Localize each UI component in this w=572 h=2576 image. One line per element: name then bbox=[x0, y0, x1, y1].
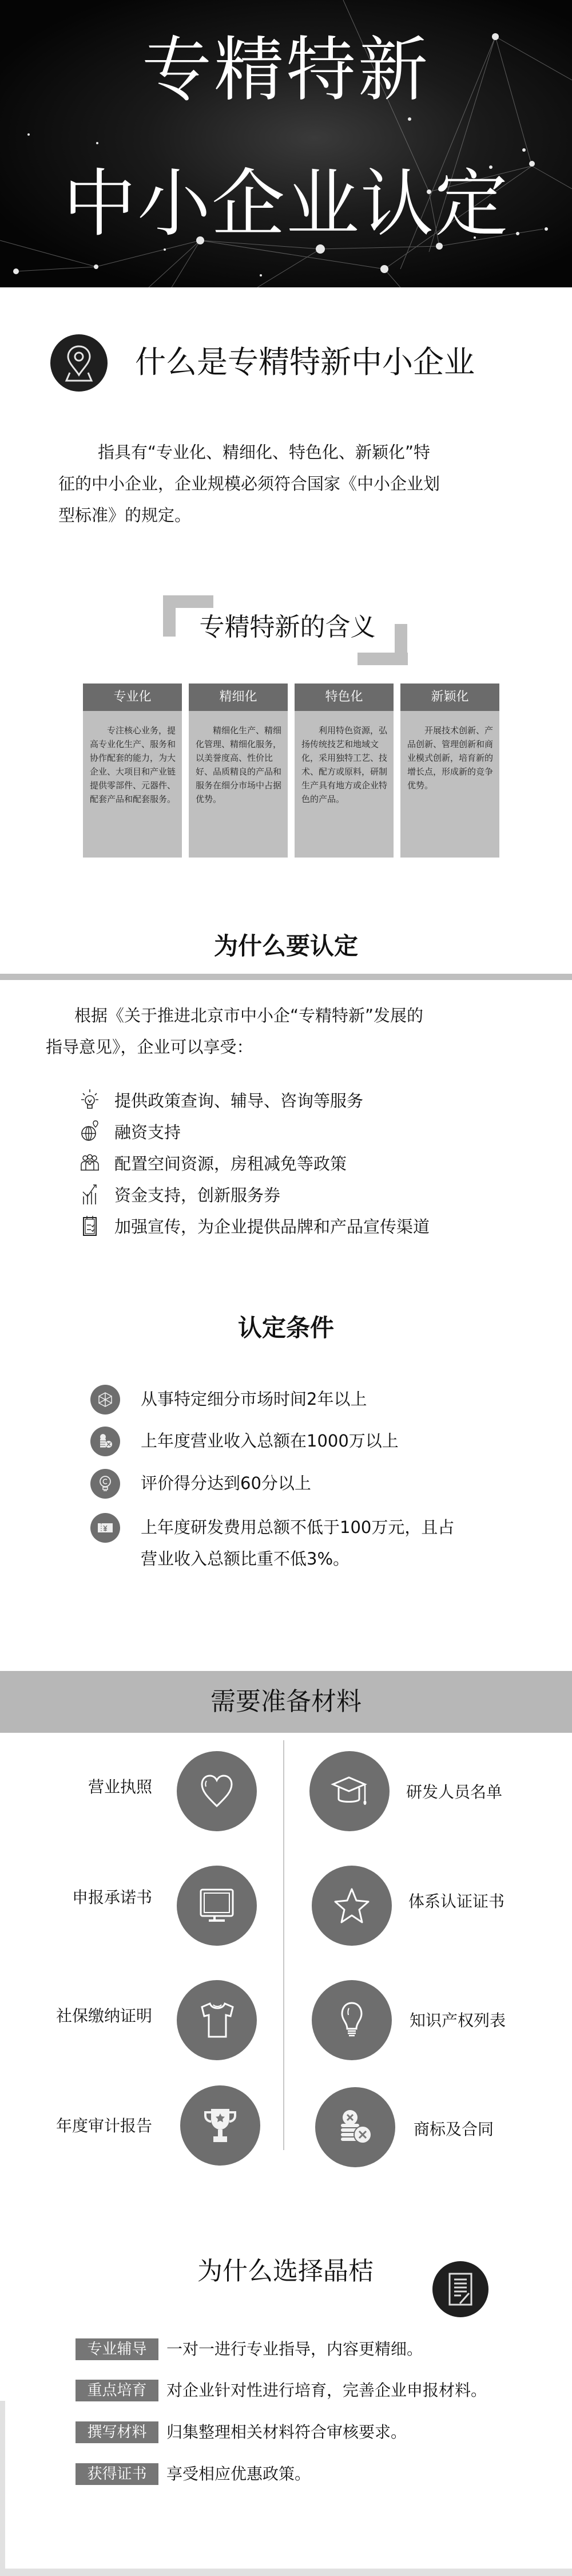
material-label: 体系认证证书 bbox=[408, 1890, 505, 1913]
condition-text: 上年度研发费用总额不低于100万元，且占 bbox=[141, 1512, 454, 1543]
meaning-title: 专精特新的含义 bbox=[189, 610, 386, 645]
cube-icon bbox=[90, 1385, 120, 1415]
advantage-row: 专业辅导 一对一进行专业指导，内容更精细。 bbox=[76, 2338, 423, 2360]
document-edit-icon bbox=[432, 2261, 488, 2317]
intro-paragraph-line2: 征的中小企业，企业规模必须符合国家《中小企业划 bbox=[58, 468, 440, 500]
benefit-text: 加强宣传，为企业提供品牌和产品宣传渠道 bbox=[114, 1214, 430, 1238]
graduation-cap-icon bbox=[309, 1751, 390, 1831]
section-title-what-is: 什么是专精特新中小企业 bbox=[135, 342, 475, 382]
condition-text: 从事特定细分市场时间2年以上 bbox=[141, 1384, 367, 1415]
advantage-text: 对企业针对性进行培育，完善企业申报材料。 bbox=[166, 2380, 487, 2401]
globe-pin-icon bbox=[80, 1120, 100, 1143]
material-label: 知识产权列表 bbox=[410, 2009, 506, 2032]
advantage-tag: 专业辅导 bbox=[76, 2338, 158, 2360]
meaning-card-innovative: 新颖化 开展技术创新、产品创新、管理创新和商业模式创新，培育新的增长点，形成新的… bbox=[400, 683, 499, 858]
trophy-icon bbox=[180, 2085, 260, 2166]
monitor-icon bbox=[177, 1866, 257, 1946]
card-title: 新颖化 bbox=[400, 683, 499, 711]
benefit-text: 融资支持 bbox=[114, 1120, 181, 1143]
condition-item: 上年度研发费用总额不低于100万元，且占 营业收入总额比重不低3%。 bbox=[90, 1512, 454, 1575]
material-label: 研发人员名单 bbox=[406, 1781, 502, 1804]
copyright-bulb-icon bbox=[90, 1469, 120, 1499]
heart-icon bbox=[177, 1751, 257, 1831]
why-paragraph-line1: 根据《关于推进北京市中小企“专精特新”发展的 bbox=[74, 1000, 423, 1032]
tshirt-icon bbox=[177, 1980, 257, 2060]
meaning-card-distinctive: 特色化 利用特色资源，弘扬传统技艺和地域文化，采用独特工艺、技术、配方或原料，研… bbox=[295, 683, 394, 858]
intro-paragraph-line1: 指具有“专业化、精细化、特色化、新颖化”特 bbox=[98, 437, 430, 468]
material-label: 社保缴纳证明 bbox=[3, 2005, 152, 2028]
card-title: 精细化 bbox=[189, 683, 288, 711]
bracket-decoration-bottom bbox=[357, 653, 408, 665]
intro-paragraph-line3: 型标准》的规定。 bbox=[58, 500, 191, 531]
section-title-why-choose: 为什么选择晶桔 bbox=[197, 2254, 374, 2289]
hero-title-line2: 中小企业认定 bbox=[0, 161, 572, 247]
bracket-decoration-left bbox=[163, 595, 176, 637]
benefit-text: 配置空间资源，房租减免等政策 bbox=[114, 1151, 347, 1175]
advantage-tag: 撰写材料 bbox=[76, 2421, 158, 2443]
card-text: 精细化生产、精细化管理、精细化服务，以美誉度高、性价比好、品质精良的产品和服务在… bbox=[189, 711, 288, 806]
meaning-card-refined: 精细化 精细化生产、精细化管理、精细化服务，以美誉度高、性价比好、品质精良的产品… bbox=[189, 683, 288, 858]
condition-item: 上年度营业收入总额在1000万以上 bbox=[90, 1425, 399, 1457]
section-title-conditions: 认定条件 bbox=[0, 1312, 572, 1344]
card-title: 特色化 bbox=[295, 683, 394, 711]
condition-item: 从事特定细分市场时间2年以上 bbox=[90, 1384, 367, 1415]
benefit-text: 资金支持，创新服务券 bbox=[114, 1183, 280, 1206]
lightbulb-icon bbox=[80, 1088, 100, 1111]
card-title: 专业化 bbox=[83, 683, 182, 711]
lightbulb-icon bbox=[312, 1980, 392, 2060]
frame-border-bottom bbox=[0, 2569, 572, 2576]
meaning-card-specialized: 专业化 专注核心业务，提高专业化生产、服务和协作配套的能力，为大企业、大项目和产… bbox=[83, 683, 182, 858]
advantage-text: 归集整理相关材料符合审核要求。 bbox=[166, 2421, 407, 2443]
why-paragraph-line2: 指导意见》，企业可以享受： bbox=[46, 1032, 253, 1063]
material-label: 年度审计报告 bbox=[3, 2115, 152, 2138]
condition-item: 评价得分达到60分以上 bbox=[90, 1468, 311, 1499]
hero-banner: 专精特新 中小企业认定 bbox=[0, 0, 572, 287]
benefit-item: 配置空间资源，房租减免等政策 bbox=[80, 1149, 347, 1176]
growth-chart-icon bbox=[80, 1183, 100, 1206]
advantage-row: 重点培育 对企业针对性进行培育，完善企业申报材料。 bbox=[76, 2380, 487, 2401]
hero-title-line1: 专精特新 bbox=[0, 30, 572, 110]
condition-text-line2: 营业收入总额比重不低3%。 bbox=[141, 1543, 454, 1575]
checklist-icon bbox=[80, 1214, 100, 1237]
ticket-yen-icon bbox=[90, 1513, 120, 1543]
card-text: 利用特色资源，弘扬传统技艺和地域文化，采用独特工艺、技术、配方或原料，研制生产具… bbox=[295, 711, 394, 806]
advantage-row: 撰写材料 归集整理相关材料符合审核要求。 bbox=[76, 2421, 407, 2443]
frame-border-left bbox=[0, 2401, 5, 2576]
materials-divider bbox=[283, 1740, 284, 2150]
benefit-text: 提供政策查询、辅导、咨询等服务 bbox=[114, 1088, 363, 1112]
star-icon bbox=[312, 1866, 392, 1946]
section-divider bbox=[0, 974, 572, 980]
people-group-icon bbox=[80, 1151, 100, 1174]
material-label: 申报承诺书 bbox=[3, 1886, 152, 1909]
advantage-text: 享受相应优惠政策。 bbox=[166, 2463, 311, 2485]
materials-title-bar: 需要准备材料 bbox=[0, 1671, 572, 1733]
section-title-why-certify: 为什么要认定 bbox=[0, 930, 572, 962]
advantage-tag: 获得证书 bbox=[76, 2463, 158, 2485]
condition-text: 上年度营业收入总额在1000万以上 bbox=[141, 1425, 399, 1457]
coins-icon bbox=[315, 2087, 395, 2167]
card-text: 开展技术创新、产品创新、管理创新和商业模式创新，培育新的增长点，形成新的竞争优势… bbox=[400, 711, 499, 792]
advantage-row: 获得证书 享受相应优惠政策。 bbox=[76, 2463, 311, 2485]
map-pin-icon bbox=[50, 334, 108, 392]
material-label: 商标及合同 bbox=[414, 2118, 494, 2141]
benefit-item: 加强宣传，为企业提供品牌和产品宣传渠道 bbox=[80, 1212, 430, 1239]
condition-text: 评价得分达到60分以上 bbox=[141, 1468, 311, 1499]
material-label: 营业执照 bbox=[3, 1776, 152, 1799]
section-title-materials: 需要准备材料 bbox=[0, 1686, 572, 1718]
advantage-tag: 重点培育 bbox=[76, 2380, 158, 2401]
advantage-text: 一对一进行专业指导，内容更精细。 bbox=[166, 2338, 423, 2360]
coins-icon bbox=[90, 1427, 120, 1456]
benefit-item: 融资支持 bbox=[80, 1118, 181, 1144]
benefit-item: 资金支持，创新服务券 bbox=[80, 1181, 280, 1207]
card-text: 专注核心业务，提高专业化生产、服务和协作配套的能力，为大企业、大项目和产业链提供… bbox=[83, 711, 182, 806]
benefit-item: 提供政策查询、辅导、咨询等服务 bbox=[80, 1086, 363, 1113]
